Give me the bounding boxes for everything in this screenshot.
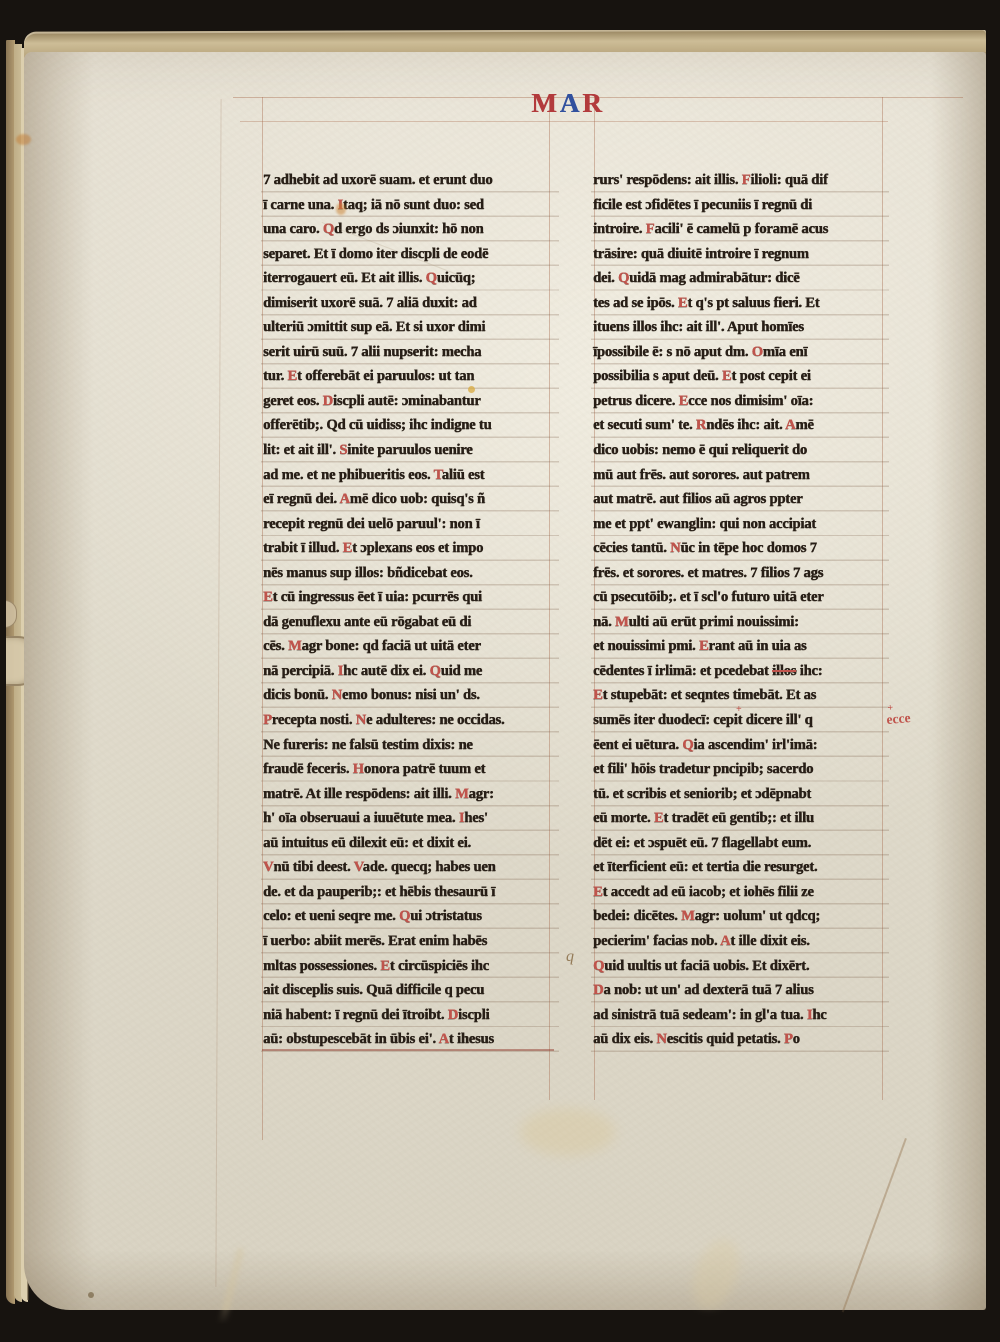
running-header: MAR	[520, 88, 616, 119]
binding-shadow	[24, 52, 94, 1310]
stain	[520, 1108, 615, 1156]
text-line: mū aut frēs. aut sorores. aut patrem	[593, 463, 885, 488]
text-line: h' oīa obseruaui a iuuētute mea. Ihes'	[263, 806, 555, 831]
text-line: bedei: dicētes. Magr: uolum' ut qdcq;	[593, 904, 885, 929]
text-line: ituens illos ihc: ait ill'. Aput homīes	[593, 315, 885, 340]
text-line: et nouissimi pmi. Erant aū in uia as	[593, 634, 885, 659]
text-line: nēs manus sup illos: bñdicebat eos.	[263, 561, 555, 586]
text-line: recepit regnū dei uelō paruul': non ī	[263, 512, 555, 537]
text-line: aut matrē. aut filios aū agros ppter	[593, 487, 885, 512]
bottom-shadow	[24, 1250, 986, 1310]
text-line: aū dix eis. Nescitis quid petatis. Po	[593, 1027, 885, 1052]
text-line: cēcies tantū. Nūc in tēpe hoc domos 7	[593, 536, 885, 561]
text-line: nā. Multi aū erūt primi nouissimi:	[593, 610, 885, 635]
text-line: petrus dicere. Ecce nos dimisim' oīa:	[593, 389, 885, 414]
text-line: nā percipiā. Ihc autē dix ei. Quid me	[263, 659, 555, 684]
photo-frame-top	[0, 0, 1000, 30]
text-line: ulteriū ɔmittit sup eā. Et si uxor dimi	[263, 315, 555, 340]
text-line: īpossibile ē: s nō aput dm. Omīa enī	[593, 340, 885, 365]
text-line: una caro. Qd ergo ds ɔiunxit: hō non	[263, 217, 555, 242]
text-line: dico uobis: nemo ē qui reliquerit do	[593, 438, 885, 463]
text-line: et secuti sum' te. Rndēs ihc: ait. Amē	[593, 413, 885, 438]
text-line: Et accedt ad eū iacob; et iohēs filii ze	[593, 880, 885, 905]
text-line: cū psecutōib;. et ī scl'o futuro uitā et…	[593, 585, 885, 610]
text-line: tes ad se ipōs. Et q's pt saluus fieri. …	[593, 291, 885, 316]
text-line: et fili' hōis tradetur pncipib; sacerdo	[593, 757, 885, 782]
text-line: aū: obstupescebāt in ūbis ei'. At ihesus	[263, 1027, 555, 1052]
text-column-right: rurs' respōdens: ait illis. Filioli: quā…	[593, 168, 885, 1052]
stain	[336, 203, 346, 215]
text-line: et īterficient eū: et tertia die resurge…	[593, 855, 885, 880]
text-line: iterrogauert eū. Et ait illis. Quicūq;	[263, 266, 555, 291]
text-line: offerētib;. Qd cū uidiss; ihc indigne tu	[263, 413, 555, 438]
text-line: matrē. At ille respōdens: ait illi. Magr…	[263, 782, 555, 807]
text-line: 7 adhebit ad uxorē suam. et erunt duo	[263, 168, 555, 193]
text-line: cēs. Magr bone: qd faciā ut uitā eter	[263, 634, 555, 659]
interlinear-cross-mark: +	[736, 704, 742, 715]
text-column-left: 7 adhebit ad uxorē suam. et erunt duoī c…	[263, 168, 555, 1052]
marginal-note: +ecce	[885, 701, 911, 725]
text-line: introire. Facili' ē camelū p foramē acus	[593, 217, 885, 242]
text-line: ait disceplis suis. Quā difficile q pecu	[263, 978, 555, 1003]
stain	[468, 386, 475, 393]
text-line: geret eos. Discpli autē: ɔminabantur	[263, 389, 555, 414]
photo-frame-right	[986, 0, 1000, 1342]
text-line: tur. Et offerebāt ei paruulos: ut tan	[263, 364, 555, 389]
text-line: eū morte. Et tradēt eū gentib;: et illu	[593, 806, 885, 831]
header-letter: A	[560, 88, 583, 118]
header-letter: M	[531, 88, 559, 118]
text-line: Ne fureris: ne falsū testim dixis: ne	[263, 733, 555, 758]
text-line: separet. Et ī domo iter discpli de eodē	[263, 242, 555, 267]
text-line: mltas possessiones. Et circūspiciēs ihc	[263, 954, 555, 979]
ruling-header-bottom	[240, 121, 888, 122]
text-line: aū intuitus eū dilexit eū: et dixit ei.	[263, 831, 555, 856]
text-line: possibilia s aput deū. Et post cepit ei	[593, 364, 885, 389]
text-line: frēs. et sorores. et matres. 7 filios 7 …	[593, 561, 885, 586]
text-line: celo: et ueni seqre me. Qui ɔtristatus	[263, 904, 555, 929]
text-line: rurs' respōdens: ait illis. Filioli: quā…	[593, 168, 885, 193]
text-line: ad sinistrā tuā sedeam': in gl'a tua. Ih…	[593, 1003, 885, 1028]
text-line: trabit ī illud. Et ɔplexans eos et impo	[263, 536, 555, 561]
photo-frame-bottom	[0, 1310, 1000, 1342]
text-line: dimiserit uxorē suā. 7 aliā duxit: ad	[263, 291, 555, 316]
fore-edge-shadow	[931, 52, 986, 1310]
text-line: Da nob: ut un' ad dexterā tuā 7 alius	[593, 978, 885, 1003]
text-line: dei. Quidā mag admirabātur: dicē	[593, 266, 885, 291]
text-line: serit uirū suū. 7 alii nupserit: mecha	[263, 340, 555, 365]
text-line: lit: et ait ill'. Sinite paruulos uenire	[263, 438, 555, 463]
text-line: ī uerbo: abiit merēs. Erat enim habēs	[263, 929, 555, 954]
photo-frame-left	[0, 0, 6, 1342]
text-line: Precepta nosti. Ne adulteres: ne occidas…	[263, 708, 555, 733]
text-line: fraudē feceris. Honora patrē tuum et	[263, 757, 555, 782]
text-line: dicis bonū. Nemo bonus: nisi un' ds.	[263, 683, 555, 708]
stain	[88, 1292, 94, 1298]
text-line: eī regnū dei. Amē dico uob: quisq's ñ	[263, 487, 555, 512]
marginal-note-text: ecce	[886, 710, 911, 727]
text-line: dā genuflexu ante eū rōgabat eū di	[263, 610, 555, 635]
text-line: niā habent: ī regnū dei ītroibt. Discpli	[263, 1003, 555, 1028]
gutter-plummet-mark: q	[566, 948, 574, 966]
text-line: pecierim' facias nob. At ille dixit eis.	[593, 929, 885, 954]
text-line: ficile est ɔfidētes ī pecuniis ī regnū d…	[593, 193, 885, 218]
text-line: trāsire: quā diuitē introire ī regnum	[593, 242, 885, 267]
text-line: tū. et scribis et seniorib; et ɔdēpnabt	[593, 782, 885, 807]
text-line: Et cū ingressus ēet ī uia: pcurrēs qui	[263, 585, 555, 610]
text-line: dēt ei: et ɔspuēt eū. 7 flagellabt eum.	[593, 831, 885, 856]
text-line: cēdentes ī irlimā: et pcedebat illos ihc…	[593, 659, 885, 684]
header-letter: R	[582, 88, 605, 118]
text-line: ad me. et ne phibueritis eos. Taliū est	[263, 463, 555, 488]
manuscript-photo: MAR 7 adhebit ad uxorē suam. et erunt du…	[0, 0, 1000, 1342]
text-line: me et ppt' ewanglin: qui non accipiat	[593, 512, 885, 537]
text-line: de. et da pauperib;: et hēbis thesaurū ī	[263, 880, 555, 905]
text-line: Vnū tibi deest. Vade. quecq; habes uen	[263, 855, 555, 880]
text-line: Quid uultis ut faciā uobis. Et dixērt.	[593, 954, 885, 979]
text-line: ī carne una. Itaq; iā nō sunt duo: sed	[263, 193, 555, 218]
stain	[16, 134, 31, 145]
text-line: ēent ei uētura. Qia ascendim' irl'imā:	[593, 733, 885, 758]
